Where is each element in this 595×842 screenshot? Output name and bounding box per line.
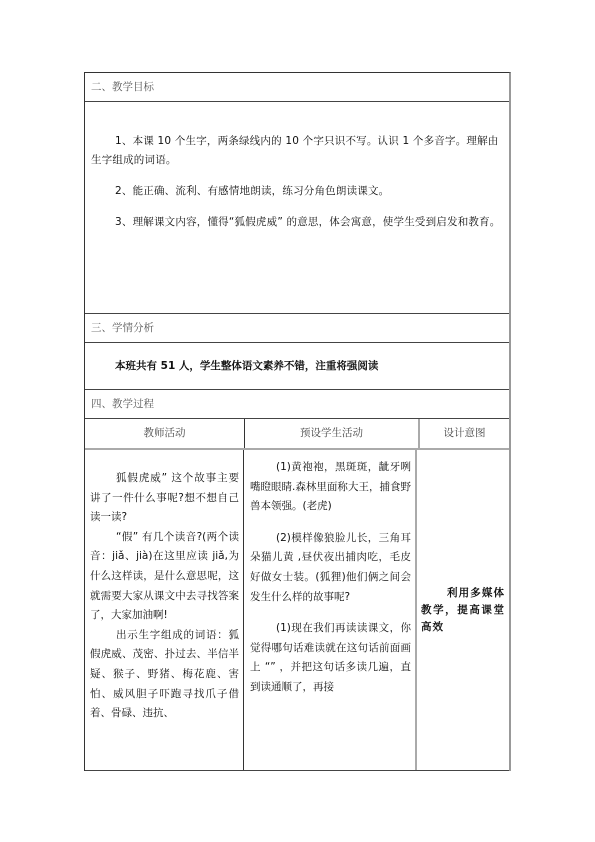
objectives-cell: 1、本课 10 个生字，两条绿线内的 10 个字只识不写。认识 1 个多音字。理… [85, 102, 509, 314]
teacher-paragraph: 出示生字组成的词语：狐假虎威、茂密、扑过去、半信半疑、猴子、野猪、梅花鹿、害怕、… [90, 626, 239, 724]
process-column-headers: 教师活动 预设学生活动 设计意图 [85, 419, 509, 450]
column-header-purpose: 设计意图 [420, 419, 509, 448]
student-paragraph: (1)现在我们再读读课文，你觉得哪句话难读就在这句话前面画上 “” ，并把这句话… [250, 619, 411, 697]
process-row: 狐假虎威” 这个故事主要讲了一件什么事呢?想不想自己读一读? “假” 有几个读音… [85, 450, 509, 771]
section-heading-analysis: 三、学情分析 [85, 314, 509, 343]
column-header-student: 预设学生活动 [245, 419, 420, 448]
column-header-teacher: 教师活动 [85, 419, 245, 448]
analysis-text: 本班共有 51 人，学生整体语文素养不错，注重将强阅读 [85, 343, 509, 390]
teacher-paragraph: 狐假虎威” 这个故事主要讲了一件什么事呢?想不想自己读一读? [90, 469, 239, 528]
teacher-paragraph: “假” 有几个读音?(两个读音：jiǎ、jià)在这里应读 jiǎ,为什么这样读… [90, 528, 239, 626]
section-heading-process: 四、教学过程 [85, 390, 509, 419]
objective-item: 3、理解课文内容，懂得“狐假虎威” 的意思，体会寓意，使学生受到启发和教育。 [91, 213, 503, 232]
objective-item: 2、能正确、流利、有感情地朗读，练习分角色朗读课文。 [91, 182, 503, 201]
teacher-activity-cell: 狐假虎威” 这个故事主要讲了一件什么事呢?想不想自己读一读? “假” 有几个读音… [85, 450, 244, 770]
section-heading-objectives: 二、教学目标 [85, 73, 509, 102]
student-paragraph: (2)模样像狼脸儿长，三角耳朵猫儿黄 ,昼伏夜出捕肉吃，毛皮好做女士装。(狐狸)… [250, 529, 411, 607]
student-paragraph: (1)黄袍袍，黑斑斑，龇牙咧嘴瞪眼睛.森林里面称大王，捕食野兽本领强。(老虎) [250, 458, 411, 517]
objective-item: 1、本课 10 个生字，两条绿线内的 10 个字只识不写。认识 1 个多音字。理… [91, 132, 503, 170]
student-activity-cell: (1)黄袍袍，黑斑斑，龇牙咧嘴瞪眼睛.森林里面称大王，捕食野兽本领强。(老虎) … [244, 450, 417, 770]
design-purpose-cell: 利用多媒体教学，提高课堂高效 [417, 450, 509, 770]
design-purpose-text: 利用多媒体教学，提高课堂高效 [421, 585, 505, 636]
lesson-plan-table: 二、教学目标 1、本课 10 个生字，两条绿线内的 10 个字只识不写。认识 1… [84, 72, 511, 771]
